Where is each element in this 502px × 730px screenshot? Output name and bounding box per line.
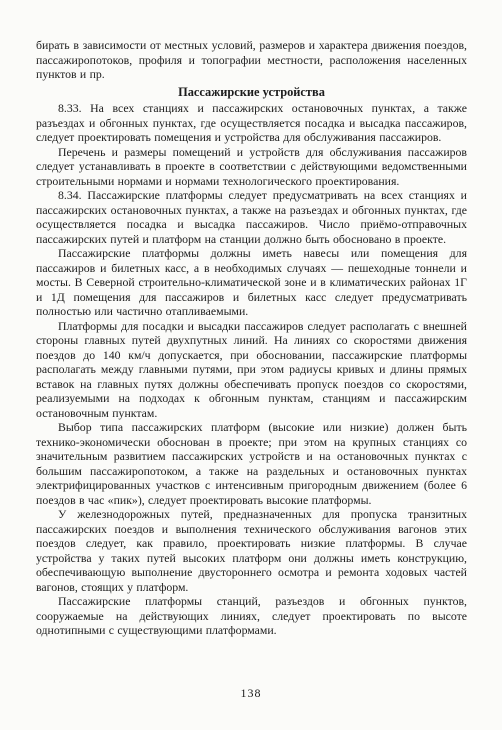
paragraph-8-33: 8.33. На всех станциях и пассажирских ос… bbox=[36, 101, 467, 145]
text-block: бирать в зависимости от местных условий,… bbox=[36, 38, 467, 638]
paragraph-transit-tracks: У железнодорожных путей, предназначенных… bbox=[36, 507, 467, 594]
paragraph-8-33-list: Перечень и размеры помещений и устройств… bbox=[36, 145, 467, 189]
paragraph-platform-placement: Платформы для посадки и высадки пассажир… bbox=[36, 319, 467, 421]
paragraph-platform-canopies: Пассажирские платформы должны иметь наве… bbox=[36, 246, 467, 319]
section-heading: Пассажирские устройства bbox=[36, 85, 467, 100]
document-page: бирать в зависимости от местных условий,… bbox=[0, 0, 502, 730]
paragraph-platform-type-choice: Выбор типа пассажирских платформ (высоки… bbox=[36, 420, 467, 507]
paragraph-continuation: бирать в зависимости от местных условий,… bbox=[36, 38, 467, 82]
paragraph-existing-lines: Пассажирские платформы станций, разъездо… bbox=[36, 594, 467, 638]
paragraph-8-34: 8.34. Пассажирские платформы следует пре… bbox=[36, 188, 467, 246]
page-number: 138 bbox=[0, 686, 502, 701]
